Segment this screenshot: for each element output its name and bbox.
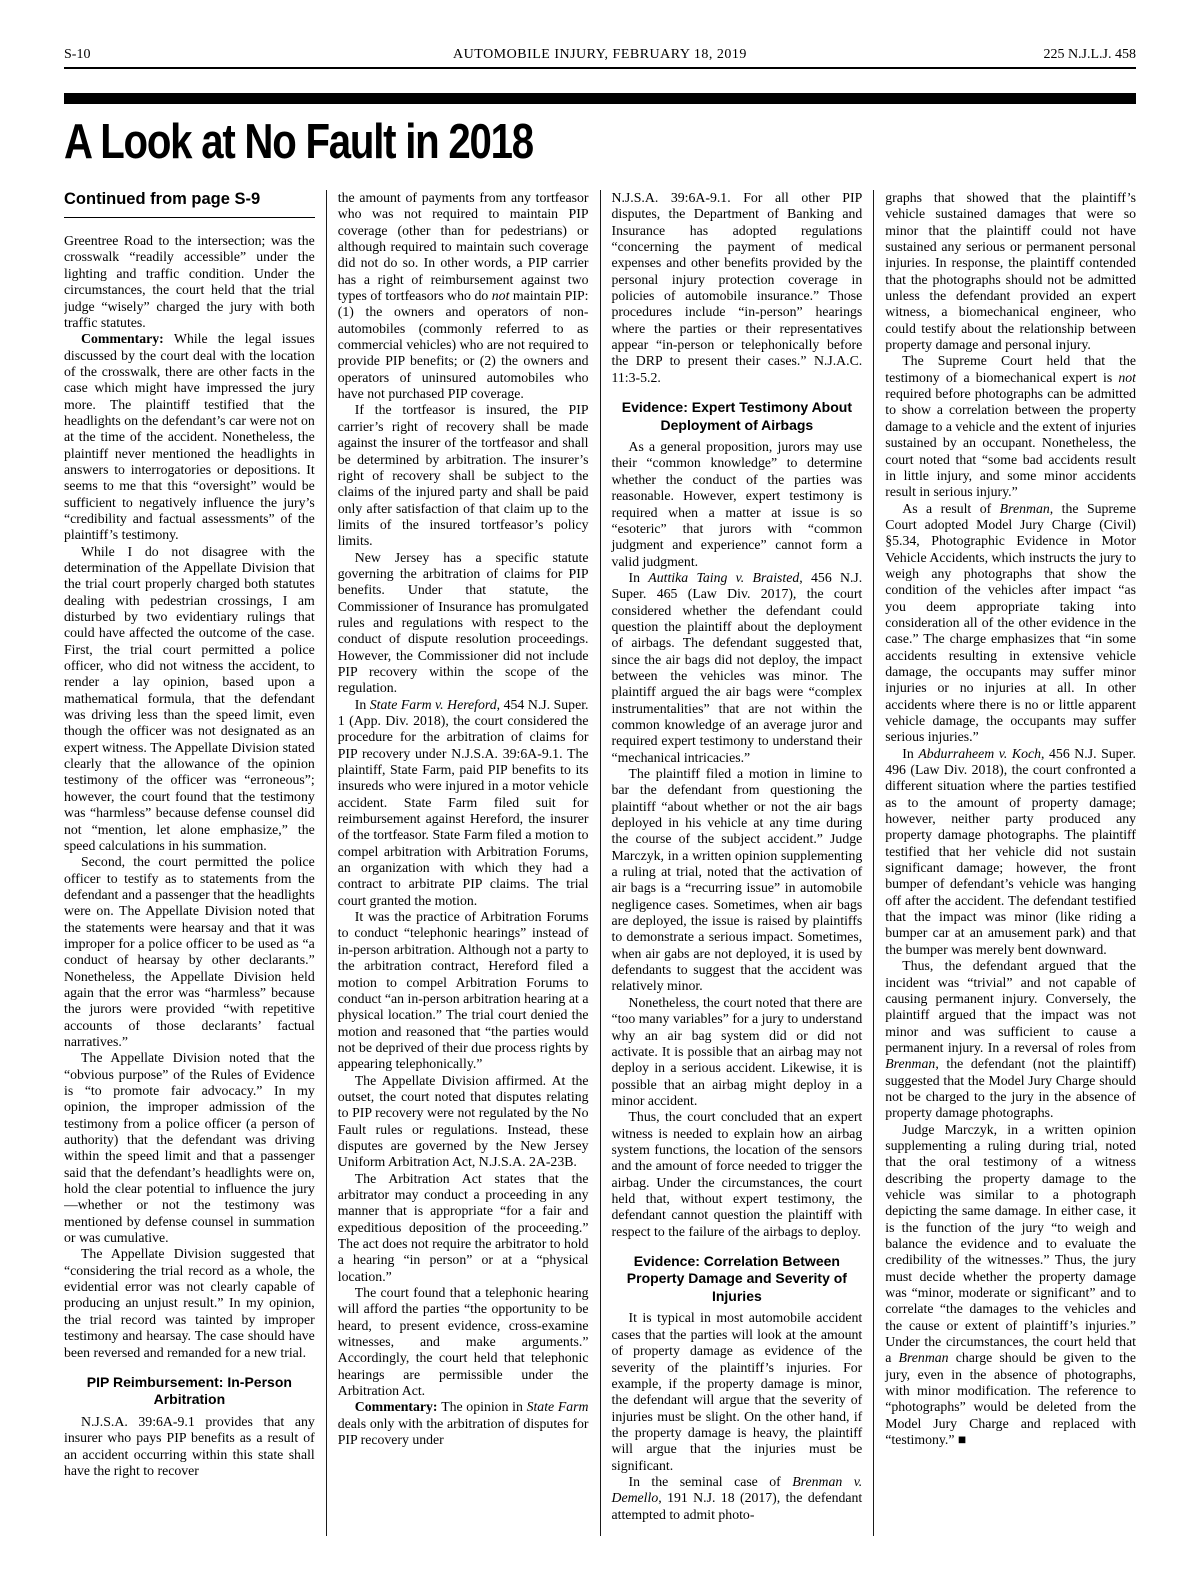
headline-bar: [64, 93, 1136, 104]
masthead: S-10 AUTOMOBILE INJURY, FEBRUARY 18, 201…: [64, 0, 1136, 64]
article-title: A Look at No Fault in 2018: [64, 114, 943, 170]
journal-citation: 225 N.J.L.J. 458: [868, 46, 1136, 64]
section-heading: Evidence: Correlation Between Property D…: [618, 1253, 857, 1306]
article-paragraph: While I do not disagree with the determi…: [64, 544, 315, 855]
newspaper-page: S-10 AUTOMOBILE INJURY, FEBRUARY 18, 201…: [0, 0, 1200, 1536]
masthead-rule: [64, 67, 1136, 69]
article-paragraph: It was the practice of Arbitration Forum…: [338, 909, 589, 1072]
article-paragraph: New Jersey has a specific statute govern…: [338, 550, 589, 697]
section-heading: Evidence: Expert Testimony About Deploym…: [618, 399, 857, 434]
article-paragraph: Nonetheless, the court noted that there …: [612, 995, 863, 1109]
article-paragraph: As a general proposition, jurors may use…: [612, 439, 863, 570]
article-paragraph: In Abdurraheem v. Koch, 456 N.J. Super. …: [885, 746, 1136, 958]
article-paragraph: The court found that a telephonic hearin…: [338, 1285, 589, 1399]
article-paragraph: It is typical in most automobile acciden…: [612, 1310, 863, 1473]
article-paragraph: N.J.S.A. 39:6A-9.1. For all other PIP di…: [612, 190, 863, 386]
article-paragraph: Judge Marczyk, in a written opinion supp…: [885, 1122, 1136, 1449]
section-heading: PIP Reimbursement: In-Person Arbitration: [70, 1374, 309, 1409]
article-paragraph: As a result of Brenman, the Supreme Cour…: [885, 501, 1136, 746]
article-paragraph: Second, the court permitted the police o…: [64, 854, 315, 1050]
article-paragraph: The plaintiff filed a motion in limine t…: [612, 766, 863, 995]
column-4: graphs that showed that the plaintiff’s …: [873, 190, 1136, 1536]
continued-from-notice: Continued from page S-9: [64, 190, 315, 218]
article-paragraph: In the seminal case of Brenman v. Demell…: [612, 1474, 863, 1523]
article-paragraph: The Appellate Division noted that the “o…: [64, 1050, 315, 1246]
article-paragraph: The Arbitration Act states that the arbi…: [338, 1171, 589, 1285]
section-dateline: AUTOMOBILE INJURY, FEBRUARY 18, 2019: [332, 46, 868, 64]
article-paragraph: Commentary: The opinion in State Farm de…: [338, 1399, 589, 1448]
article-paragraph: The Appellate Division affirmed. At the …: [338, 1073, 589, 1171]
column-2: the amount of payments from any tortfeas…: [326, 190, 600, 1536]
article-paragraph: In Auttika Taing v. Braisted, 456 N.J. S…: [612, 570, 863, 766]
column-1: Continued from page S-9Greentree Road to…: [64, 190, 326, 1536]
article-paragraph: Commentary: While the legal issues discu…: [64, 331, 315, 543]
article-paragraph: In State Farm v. Hereford, 454 N.J. Supe…: [338, 697, 589, 909]
column-3: N.J.S.A. 39:6A-9.1. For all other PIP di…: [600, 190, 874, 1536]
article-paragraph: N.J.S.A. 39:6A-9.1 provides that any ins…: [64, 1414, 315, 1479]
article-paragraph: The Supreme Court held that the testimon…: [885, 353, 1136, 500]
article-paragraph: The Appellate Division suggested that “c…: [64, 1246, 315, 1360]
article-paragraph: Greentree Road to the intersection; was …: [64, 233, 315, 331]
article-paragraph: Thus, the court concluded that an expert…: [612, 1109, 863, 1240]
article-body: Continued from page S-9Greentree Road to…: [64, 190, 1136, 1536]
page-number: S-10: [64, 46, 332, 64]
article-paragraph: Thus, the defendant argued that the inci…: [885, 958, 1136, 1121]
article-paragraph: the amount of payments from any tortfeas…: [338, 190, 589, 402]
article-paragraph: graphs that showed that the plaintiff’s …: [885, 190, 1136, 353]
article-paragraph: If the tortfeasor is insured, the PIP ca…: [338, 402, 589, 549]
